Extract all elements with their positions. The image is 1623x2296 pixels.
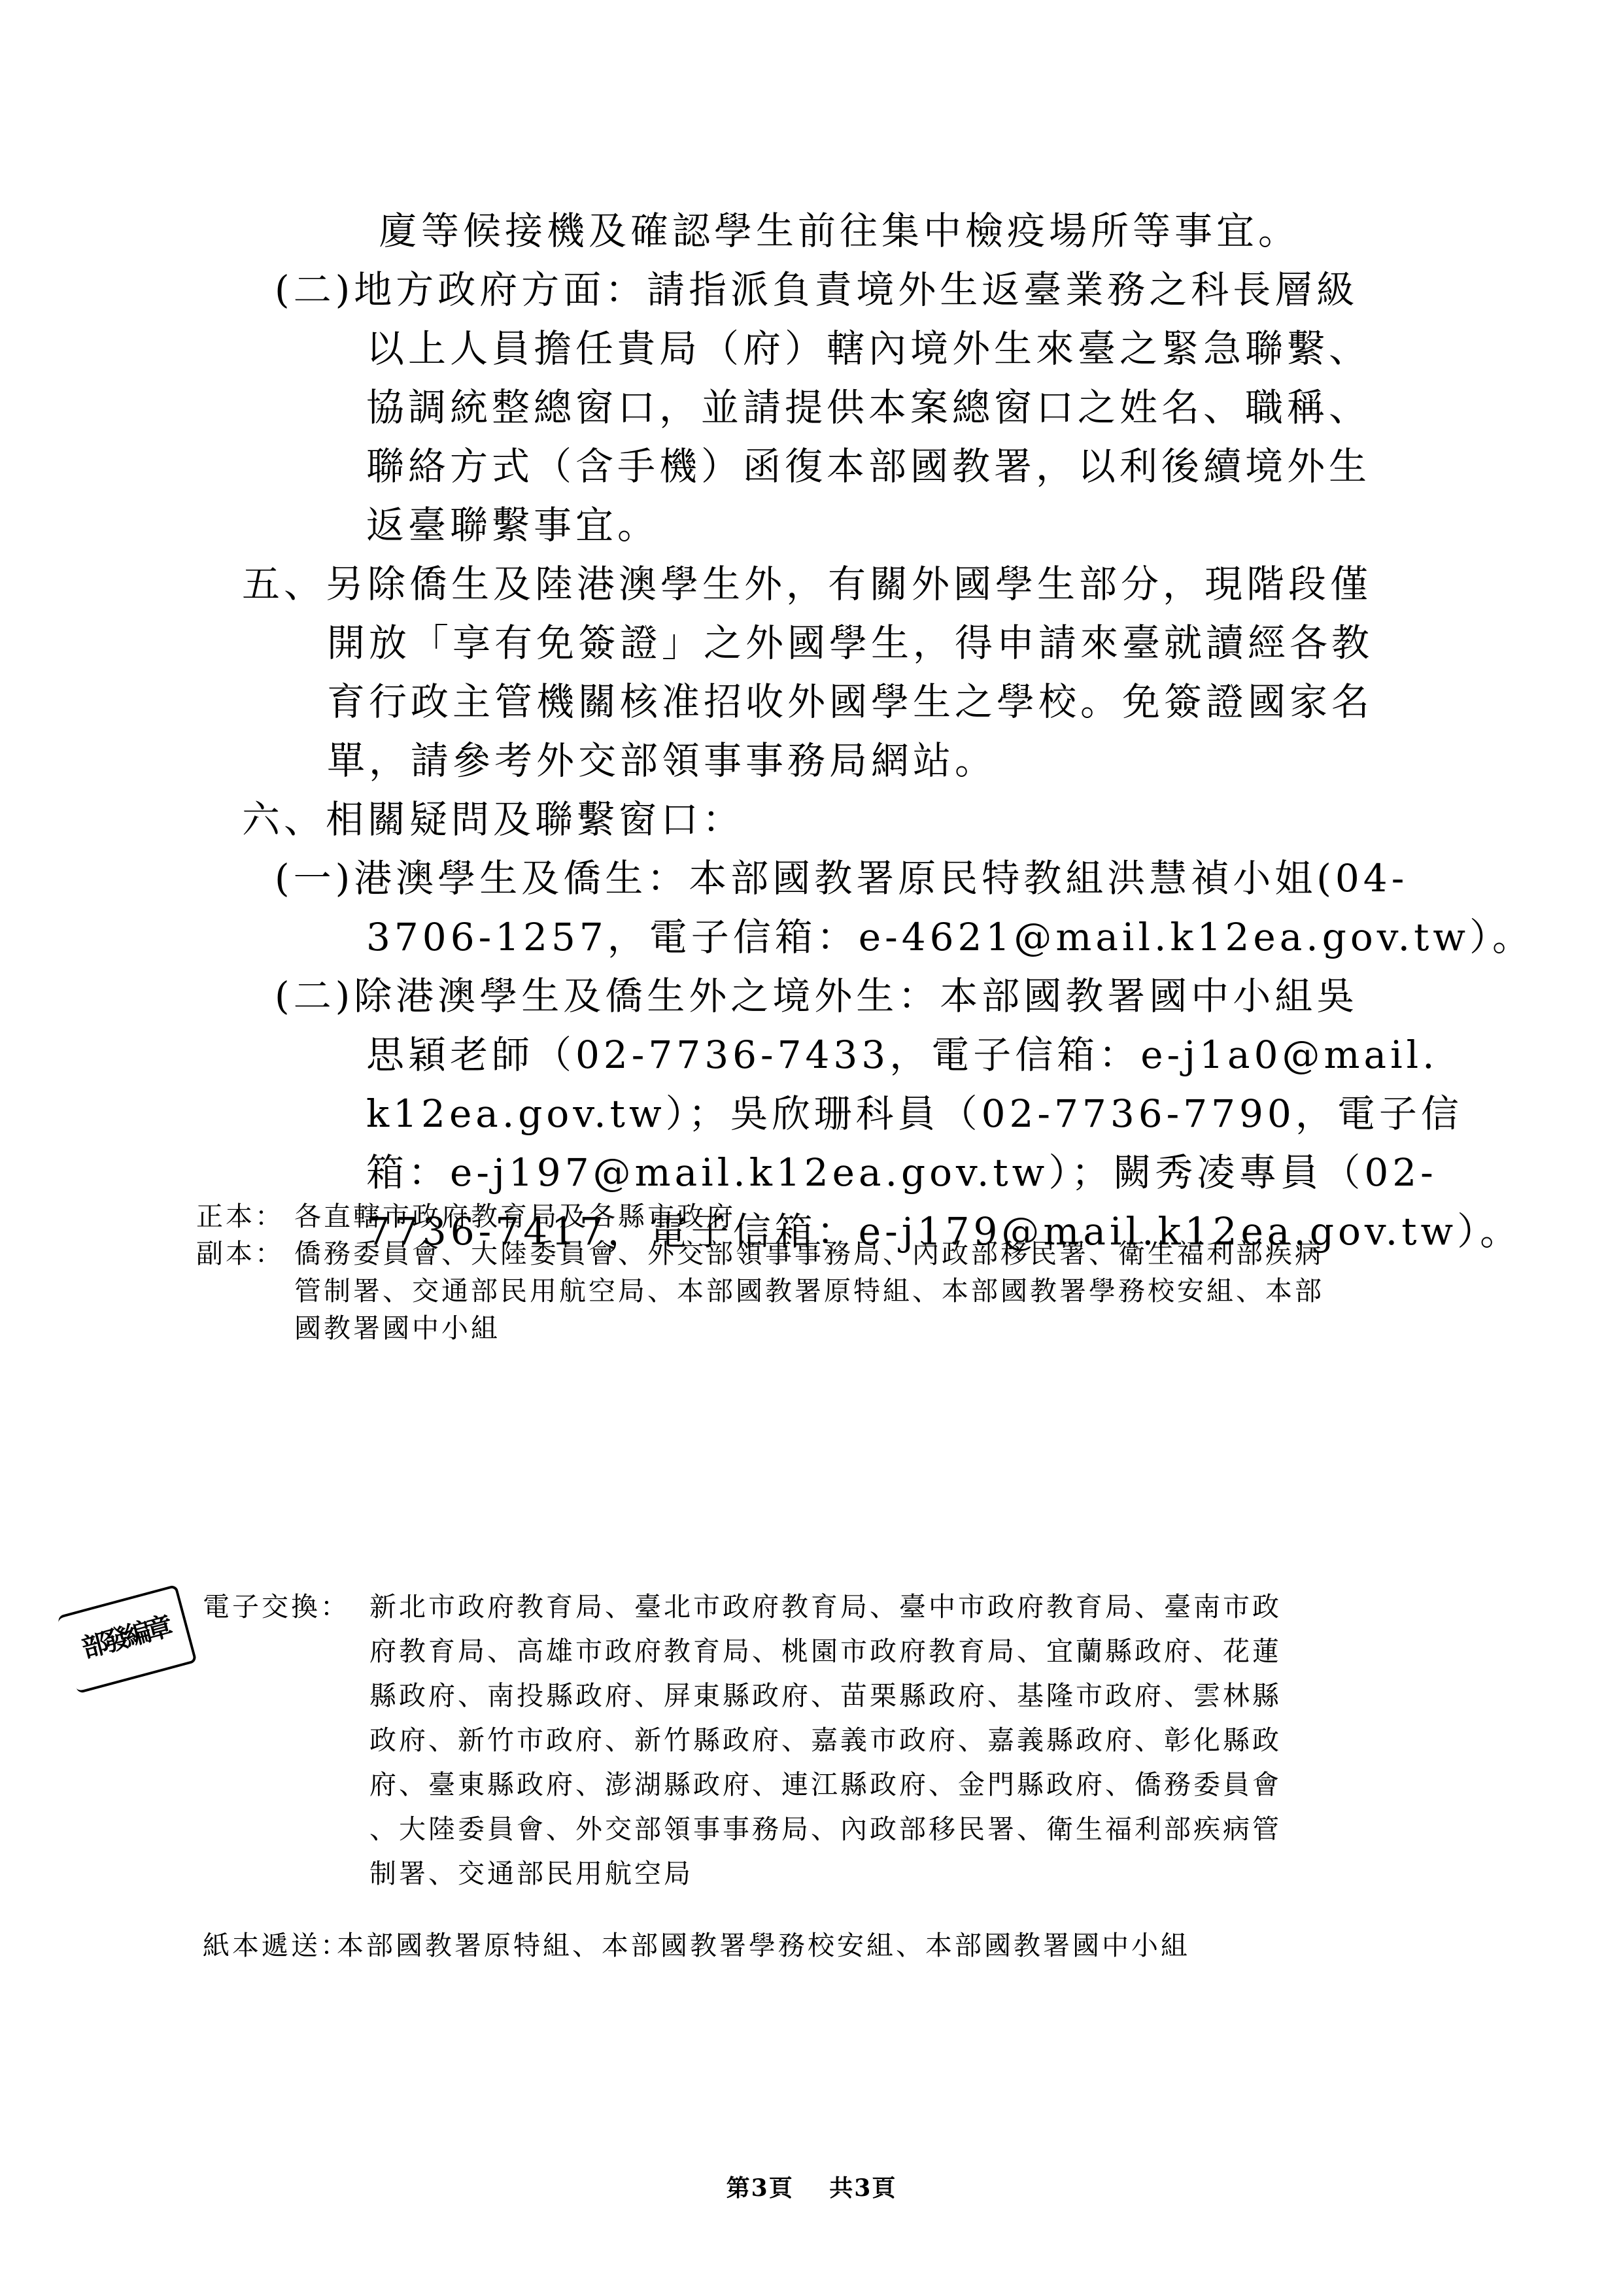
paper-delivery-label: 紙本遞送： (203, 1929, 350, 1962)
exchange-line: 縣政府、南投縣政府、屏東縣政府、苗栗縣政府、基隆市政府、雲林縣 (369, 1679, 1282, 1712)
copy-recipient-line: 僑務委員會、大陸委員會、外交部領事事務局、內政部移民署、衛生福利部疾病 (294, 1237, 1324, 1270)
copy-recipient-line: 國教署國中小組 (294, 1312, 500, 1345)
section-six: 六、相關疑問及聯繫窗口： (242, 797, 744, 842)
page-total: 共3頁 (829, 2174, 897, 2202)
body-line: 3706-1257，電子信箱：e-4621@mail.k12ea.gov.tw）… (366, 914, 1534, 960)
copy-recipient-line: 管制署、交通部民用航空局、本部國教署原特組、本部國教署學務校安組、本部 (294, 1275, 1324, 1307)
main-recipient-label: 正本： (196, 1200, 284, 1233)
body-line: 箱：e-j197@mail.k12ea.gov.tw）；闕秀凌專員（02- (366, 1150, 1437, 1195)
body-line: 單，請參考外交部領事事務局網站。 (327, 738, 997, 783)
exchange-line: 制署、交通部民用航空局 (369, 1857, 693, 1890)
body-line: (一)港澳學生及僑生：本部國教署原民特教組洪慧禎小姐(04- (275, 855, 1408, 901)
exchange-line: 政府、新竹市政府、新竹縣政府、嘉義市政府、嘉義縣政府、彰化縣政 (369, 1724, 1282, 1756)
body-line: 以上人員擔任貴局（府）轄內境外生來臺之緊急聯繫、 (366, 326, 1371, 371)
body-line: k12ea.gov.tw）；吳欣珊科員（02-7736-7790，電子信 (366, 1091, 1463, 1137)
body-line: 聯絡方式（含手機）函復本部國教署，以利後續境外生 (366, 443, 1371, 489)
body-line: 返臺聯繫事宜。 (366, 502, 659, 548)
copy-recipient-label: 副本： (196, 1237, 284, 1270)
exchange-label: 電子交換： (203, 1590, 350, 1623)
body-line: 育行政主管機關核准招收外國學生之學校。免簽證國家名 (327, 679, 1373, 725)
main-recipient-value: 各直轄市政府教育局及各縣市政府 (294, 1200, 736, 1233)
section-five: 五、另除僑生及陸港澳學生外，有關外國學生部分，現階段僅 (242, 561, 1372, 607)
exchange-line: 府、臺東縣政府、澎湖縣政府、連江縣政府、金門縣政府、僑務委員會 (369, 1768, 1282, 1801)
body-line: 思穎老師（02-7736-7433，電子信箱：e-j1a0@mail. (366, 1032, 1439, 1078)
page-number: 第3頁 (726, 2174, 794, 2202)
body-line: 廈等候接機及確認學生前往集中檢疫場所等事宜。 (379, 208, 1300, 254)
exchange-line: 府教育局、高雄市政府教育局、桃園市政府教育局、宜蘭縣政府、花蓮 (369, 1635, 1282, 1668)
seal-stamp: 部發編章 (57, 1585, 197, 1694)
paper-delivery-value: 本部國教署原特組、本部國教署學務校安組、本部國教署國中小組 (337, 1929, 1190, 1962)
body-line: (二)除港澳學生及僑生外之境外生：本部國教署國中小組吳 (275, 973, 1358, 1019)
body-line: 開放「享有免簽證」之外國學生，得申請來臺就讀經各教 (327, 620, 1373, 666)
page-footer: 第3頁 共3頁 (0, 2170, 1623, 2203)
exchange-line: 、大陸委員會、外交部領事事務局、內政部移民署、衛生福利部疾病管 (369, 1813, 1282, 1845)
body-line: 協調統整總窗口，並請提供本案總窗口之姓名、職稱、 (366, 385, 1371, 430)
body-line: (二)地方政府方面：請指派負責境外生返臺業務之科長層級 (275, 267, 1358, 313)
exchange-line: 新北市政府教育局、臺北市政府教育局、臺中市政府教育局、臺南市政 (369, 1590, 1282, 1623)
